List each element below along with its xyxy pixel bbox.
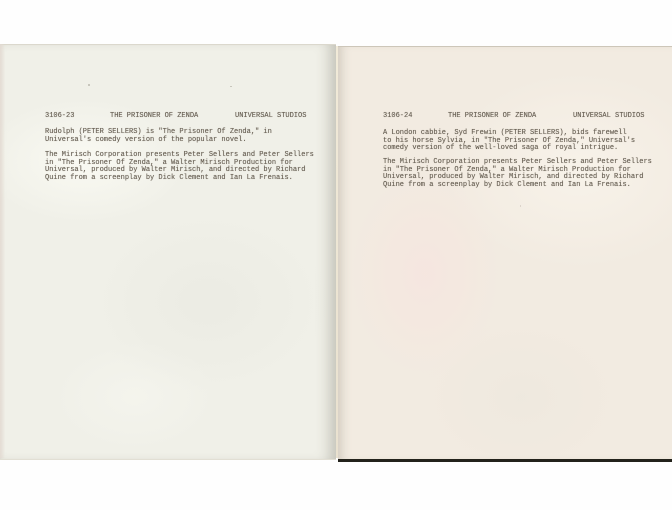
right-film-title: THE PRISONER OF ZENDA — [448, 113, 536, 121]
left-studio-name: UNIVERSAL STUDIOS — [235, 113, 306, 121]
left-film-title: THE PRISONER OF ZENDA — [110, 113, 198, 121]
dust-speck — [88, 84, 90, 86]
dust-speck — [230, 86, 232, 87]
left-caption-text: Rudolph (PETER SELLERS) is "The Prisoner… — [45, 129, 329, 144]
dust-speck — [520, 205, 521, 207]
left-page-header: 3106-23 THE PRISONER OF ZENDA UNIVERSAL … — [45, 113, 320, 122]
left-photo-number: 3106-23 — [45, 113, 74, 121]
right-caption-text: A London cabbie, Syd Frewin (PETER SELLE… — [383, 130, 667, 153]
right-photo-number: 3106-24 — [383, 113, 412, 121]
right-studio-name: UNIVERSAL STUDIOS — [573, 113, 644, 121]
right-credits-text: The Mirisch Corporation presents Peter S… — [383, 159, 667, 189]
left-page: 3106-23 THE PRISONER OF ZENDA UNIVERSAL … — [0, 44, 336, 460]
page-curl-edge — [0, 44, 5, 458]
right-page-header: 3106-24 THE PRISONER OF ZENDA UNIVERSAL … — [383, 113, 658, 122]
left-credits-text: The Mirisch Corporation presents Peter S… — [45, 152, 329, 182]
right-page: 3106-24 THE PRISONER OF ZENDA UNIVERSAL … — [338, 46, 672, 462]
scan-surface: 3106-23 THE PRISONER OF ZENDA UNIVERSAL … — [0, 0, 672, 510]
